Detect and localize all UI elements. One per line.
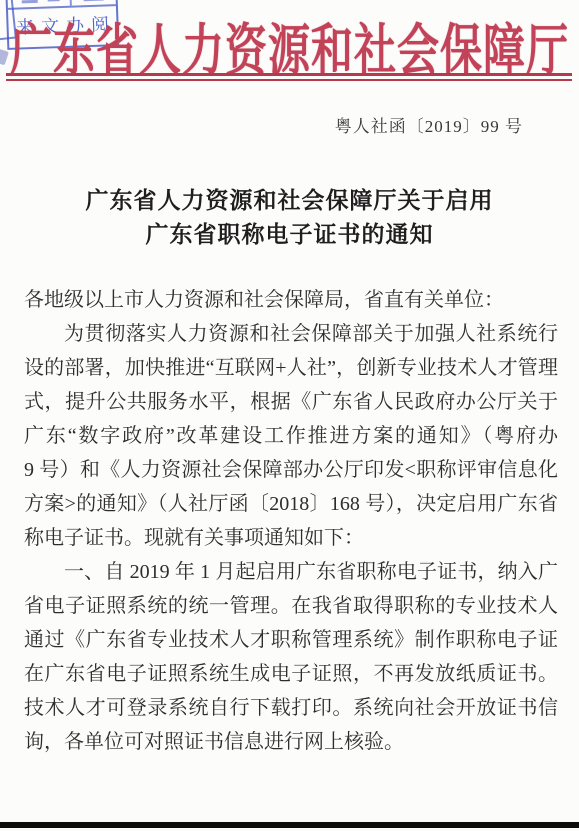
body-line: 省电子证照系统的统一管理。在我省取得职称的专业技术人才， — [24, 589, 558, 623]
document-number: 粤人社函〔2019〕99 号 — [335, 112, 523, 137]
body-line: 方案>的通知》（人社厅函〔2018〕168 号），决定启用广东省职 — [24, 487, 558, 521]
stamp-glyph-fragment — [84, 0, 104, 1]
body-line: 广东“数字政府”改革建设工作推进方案的通知》（粤府办〔2018〕 — [24, 419, 558, 453]
body-line: 一、自 2019 年 1 月起启用广东省职称电子证书，纳入广东 — [24, 555, 558, 589]
body-line: 技术人才可登录系统自行下载打印。系统向社会开放证书信息查 — [24, 691, 558, 725]
body-line: 称电子证书。现就有关事项通知如下： — [24, 521, 558, 555]
scanned-document-page: 来文办阅 广东省人力资源和社会保障厅 粤人社函〔2019〕99 号 广东省人力资… — [0, 0, 579, 831]
letterhead-divider-thick — [6, 73, 572, 76]
stamp-glyph-fragment — [48, 0, 60, 1]
scan-bottom-edge — [0, 822, 579, 828]
body-line: 询，各单位可对照证书信息进行网上核验。 — [24, 725, 558, 759]
notice-title-line1: 广东省人力资源和社会保障厅关于启用 — [0, 184, 579, 218]
notice-title-line2: 广东省职称电子证书的通知 — [0, 218, 579, 252]
body-line: 设的部署，加快推进“互联网+人社”，创新专业技术人才管理模 — [24, 351, 558, 385]
stamp-glyph-fragment — [22, 0, 38, 3]
body-line: 式，提升公共服务水平，根据《广东省人民政府办公厅关于印发 — [24, 385, 558, 419]
body-line: 为贯彻落实人力资源和社会保障部关于加强人社系统行风建 — [24, 317, 558, 351]
body-line: 各地级以上市人力资源和社会保障局，省直有关单位： — [24, 283, 558, 317]
letterhead-divider-thin — [6, 79, 572, 81]
notice-title: 广东省人力资源和社会保障厅关于启用 广东省职称电子证书的通知 — [0, 184, 579, 252]
body-line: 在广东省电子证照系统生成电子证照，不再发放纸质证书。专业 — [24, 657, 558, 691]
notice-body: 各地级以上市人力资源和社会保障局，省直有关单位： 为贯彻落实人力资源和社会保障部… — [24, 283, 558, 759]
body-line: 9 号）和《人力资源社会保障部办公厅印发<职称评审信息化建设 — [24, 453, 558, 487]
body-line: 通过《广东省专业技术人才职称管理系统》制作职称电子证书， — [24, 623, 558, 657]
